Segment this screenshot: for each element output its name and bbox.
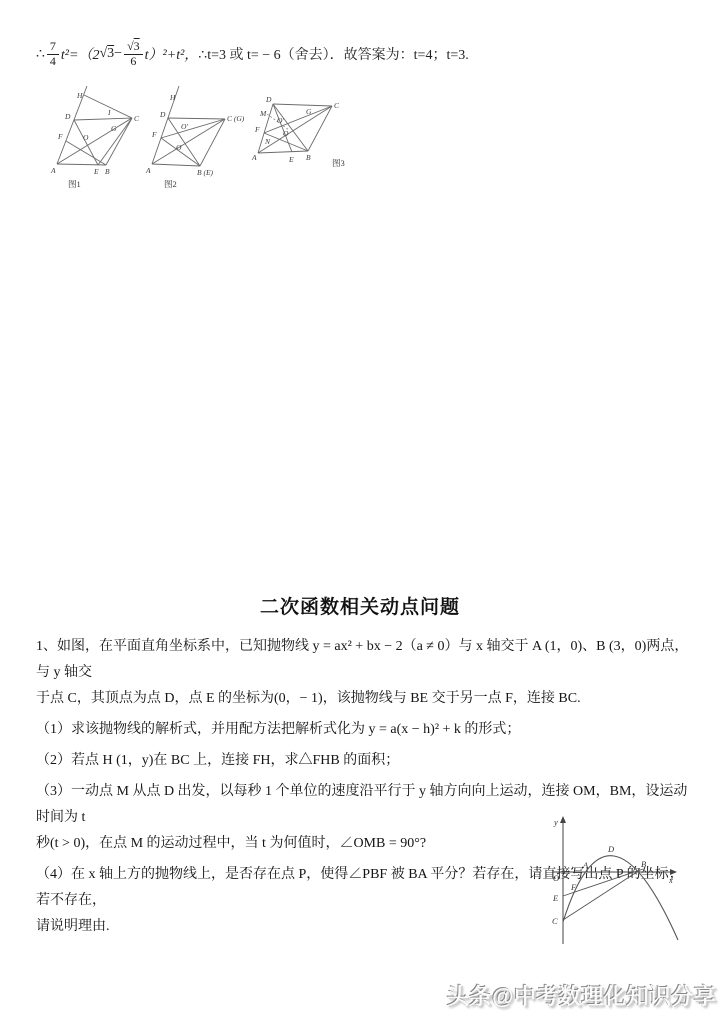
fig2-point-D: D [159,110,166,119]
question-2: （2）若点 H (1，y)在 BC 上，连接 FH，求△FHB 的面积； [36,748,692,774]
radicand: 3 [107,46,114,62]
fig1-point-E: E [93,167,99,176]
problem-intro-line2: 于点 C，其顶点为点 D，点 E 的坐标为(0，− 1)，该抛物线与 BE 交于… [36,686,692,712]
figure-2: H D O′ C (G) F O A B (E) 图2 [145,86,245,189]
fraction-denominator: 6 [127,55,139,69]
fig2-caption: 图2 [164,179,177,189]
graph-label-y: y [553,817,558,827]
fig2-point-H: H [169,93,176,102]
therefore-symbol: ∴ [36,46,45,63]
fraction-numerator: 7 [47,40,59,55]
fig2-point-O-prime: O′ [181,122,188,131]
radicand: 3 [134,39,140,53]
radical-sign: √ [99,46,107,62]
minus-sign: − [114,46,122,62]
fig3-point-M: M [259,109,267,118]
graph-label-E: E [552,893,559,903]
fig1-point-I: I [107,108,111,117]
fig1-point-C: C [134,114,140,123]
fraction-sqrt3-6: √3 6 [124,40,143,69]
fig3-point-D: D [265,95,272,104]
geometry-figures: H D I C G O F A E B 图1 H D O′ C (G) F O … [50,86,395,203]
fig3-caption: 图3 [332,158,345,168]
parabola-curve [563,856,678,940]
fig3-point-N: N [264,137,271,146]
graph-label-F: F [570,882,577,892]
fig2-point-C-G: C (G) [227,114,245,123]
graph-label-O: O [553,873,559,883]
fig1-point-O: O [83,133,89,142]
section-title: 二次函数相关动点问题 [0,592,720,619]
graph-label-x: x [668,875,673,885]
graph-label-A: A [582,860,589,870]
fig1-point-D: D [64,112,71,121]
fig2-point-B-E: B (E) [197,168,214,177]
fig3-point-G: G [306,107,312,116]
graph-svg: y x O A B D E F C [543,812,713,964]
fig3-point-O-prime: O′ [277,116,284,125]
toutiao-watermark: 头条@中考数理化知识分享 [447,980,717,1011]
fig1-caption: 图1 [68,179,81,189]
fig1-point-A: A [50,166,56,175]
fraction-7-4: 7 4 [47,40,59,69]
fig1-point-F: F [57,132,63,141]
graph-label-C: C [552,916,558,926]
formula-segment: t）²+t²， [145,44,199,64]
line-CB [563,870,640,920]
figures-svg: H D I C G O F A E B 图1 H D O′ C (G) F O … [50,86,395,198]
fig3-point-A: A [251,153,257,162]
figure-1: H D I C G O F A E B 图1 [50,86,140,189]
graph-label-D: D [607,844,615,854]
fig1-point-G: G [111,124,117,133]
fraction-numerator: √3 [124,40,143,55]
fig3-point-C: C [334,101,340,110]
formula-conclusion: ∴t=3 或 t= − 6（舍去）．故答案为：t=4；t=3. [198,44,468,64]
fig2-point-F: F [151,130,157,139]
formula-segment: t²=（2 [61,44,100,64]
fraction-denominator: 4 [47,55,59,69]
graph-label-B: B [641,859,646,869]
fig1-point-H: H [76,91,83,100]
fig1-point-B: B [105,167,110,176]
radical-sign: √ [127,39,134,53]
figure-3: D C G M O′ O F N A E B 图3 [251,95,345,168]
y-axis-arrow [560,816,566,823]
problem-intro-line1: 1、如图，在平面直角坐标系中，已知抛物线 y = ax² + bx − 2（a … [36,634,692,686]
fig2-point-O: O [176,143,182,152]
parabola-graph: y x O A B D E F C [543,812,713,969]
solution-formula-line: ∴ 7 4 t²=（2 √ 3 − √3 6 t）²+t²， ∴t=3 或 t=… [36,40,696,69]
fig3-point-F: F [254,125,260,134]
fig3-point-B: B [306,153,311,162]
fig3-point-E: E [288,155,294,164]
question-1: （1）求该抛物线的解析式，并用配方法把解析式化为 y = a(x − h)² +… [36,717,692,743]
fig3-point-O: O [283,129,289,138]
fig2-point-A: A [145,166,151,175]
worksheet-page: { "solution": { "therefore": "∴", "frac1… [0,0,720,1018]
